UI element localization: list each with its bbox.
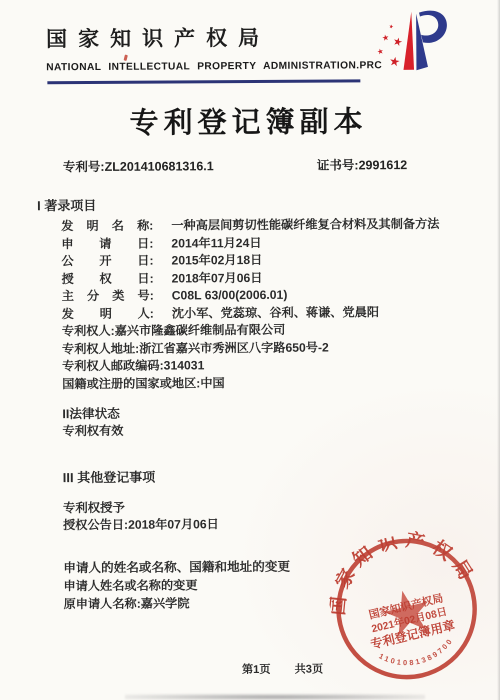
document-content: 国家知识产权局 NATIONAL INTELLECTUAL PROPERTY A… [0,0,500,700]
field-label: 发明人 [62,306,150,324]
field-row-filing-date: 申请日:2014年11月24日 [61,233,439,253]
patentee-address-line: 专利权人地址:浙江省嘉兴市秀洲区八字路650号-2 [62,339,329,358]
colon: : [149,253,153,271]
field-row-publication-date: 公开日:2015年02月18日 [61,251,439,271]
field-value: 沈小军、党蕊琼、谷利、蒋谦、党晨阳 [172,305,379,320]
certificate-number: 证书号:2991612 [317,155,407,174]
field-row-inventors: 发明人:沈小军、党蕊琼、谷利、蒋谦、党晨阳 [62,304,440,324]
section-other-heading: III 其他登记事项 [63,467,156,487]
logo-p-bowl [419,11,447,43]
section-bibliographic-heading: I 著录项目 [37,195,96,214]
patent-number-value: ZL201410681316.1 [105,159,214,174]
patent-register-document: 国家知识产权局 NATIONAL INTELLECTUAL PROPERTY A… [0,0,500,700]
page-number: 第1页 [242,664,271,676]
colon: : [150,306,154,324]
field-label: 授权日 [62,270,150,288]
colon: : [150,270,154,288]
header-divider [47,79,360,84]
scan-shadow-bottom [125,694,425,700]
patentee-line: 专利权人:嘉兴市隆鑫碳纤维制品有限公司 [62,322,329,341]
field-value: 2014年11月24日 [171,236,261,251]
org-name-en: NATIONAL INTELLECTUAL PROPERTY ADMINISTR… [46,60,382,73]
total-pages: 共3页 [295,664,324,676]
applicant-change-heading: 申请人的姓名或名称、国籍和地址的变更 [63,556,290,576]
certificate-number-value: 2991612 [359,158,408,172]
cnipa-logo-icon [376,5,464,78]
scan-speckle [124,54,128,61]
logo-red-wedge [403,12,414,70]
patentee-block: 专利权人:嘉兴市隆鑫碳纤维制品有限公司 专利权人地址:浙江省嘉兴市秀洲区八字路6… [62,322,329,394]
field-row-main-class: 主分类号:C08L 63/00(2006.01) [62,286,440,306]
field-value: 2018年07月06日 [172,271,263,286]
official-seal: 国家知识产权局 国家知识产权局 2021年02月08日 专利登记簿用章 1101… [317,520,495,698]
section-legal-heading: II法律状态 [62,403,119,422]
colon: : [150,288,154,306]
bibliographic-fields: 发明名称:一种高层间剪切性能碳纤维复合材料及其制备方法 申请日:2014年11月… [61,216,440,324]
field-label: 公开日 [61,253,149,271]
certificate-number-label: 证书号 [317,158,355,172]
page-footer: 第1页共3页 [242,661,323,677]
applicant-name-change-line: 申请人姓名或名称的变更 [63,576,197,594]
patentee-postcode-line: 专利权人邮政编码:314031 [62,357,329,376]
field-label: 主分类号 [62,288,150,306]
field-label: 申请日 [61,235,149,253]
grant-title: 专利权授予 [63,498,125,516]
doc-title: 专利登记簿副本 [0,98,499,142]
field-row-grant-date: 授权日:2018年07月06日 [62,269,440,289]
patent-number-label: 专利号 [63,160,101,174]
field-row-invention-name: 发明名称:一种高层间剪切性能碳纤维复合材料及其制备方法 [61,216,439,236]
patent-number: 专利号:ZL201410681316.1 [63,156,214,175]
patentee-country-line: 国籍或注册的国家或地区:中国 [62,374,329,393]
org-name-cn: 国家知识产权局 [46,22,270,53]
legal-status-value: 专利权有效 [62,422,123,439]
field-label: 发明名称 [61,218,149,236]
field-value: 一种高层间剪切性能碳纤维复合材料及其制备方法 [171,217,439,233]
field-value: 2015年02月18日 [171,253,262,268]
colon: : [149,235,153,253]
grant-announcement-date: 授权公告日:2018年07月06日 [63,515,219,533]
original-applicant-line: 原申请人名称:嘉兴学院 [63,594,189,612]
field-value: C08L 63/00(2006.01) [172,288,288,303]
colon: : [149,218,153,236]
